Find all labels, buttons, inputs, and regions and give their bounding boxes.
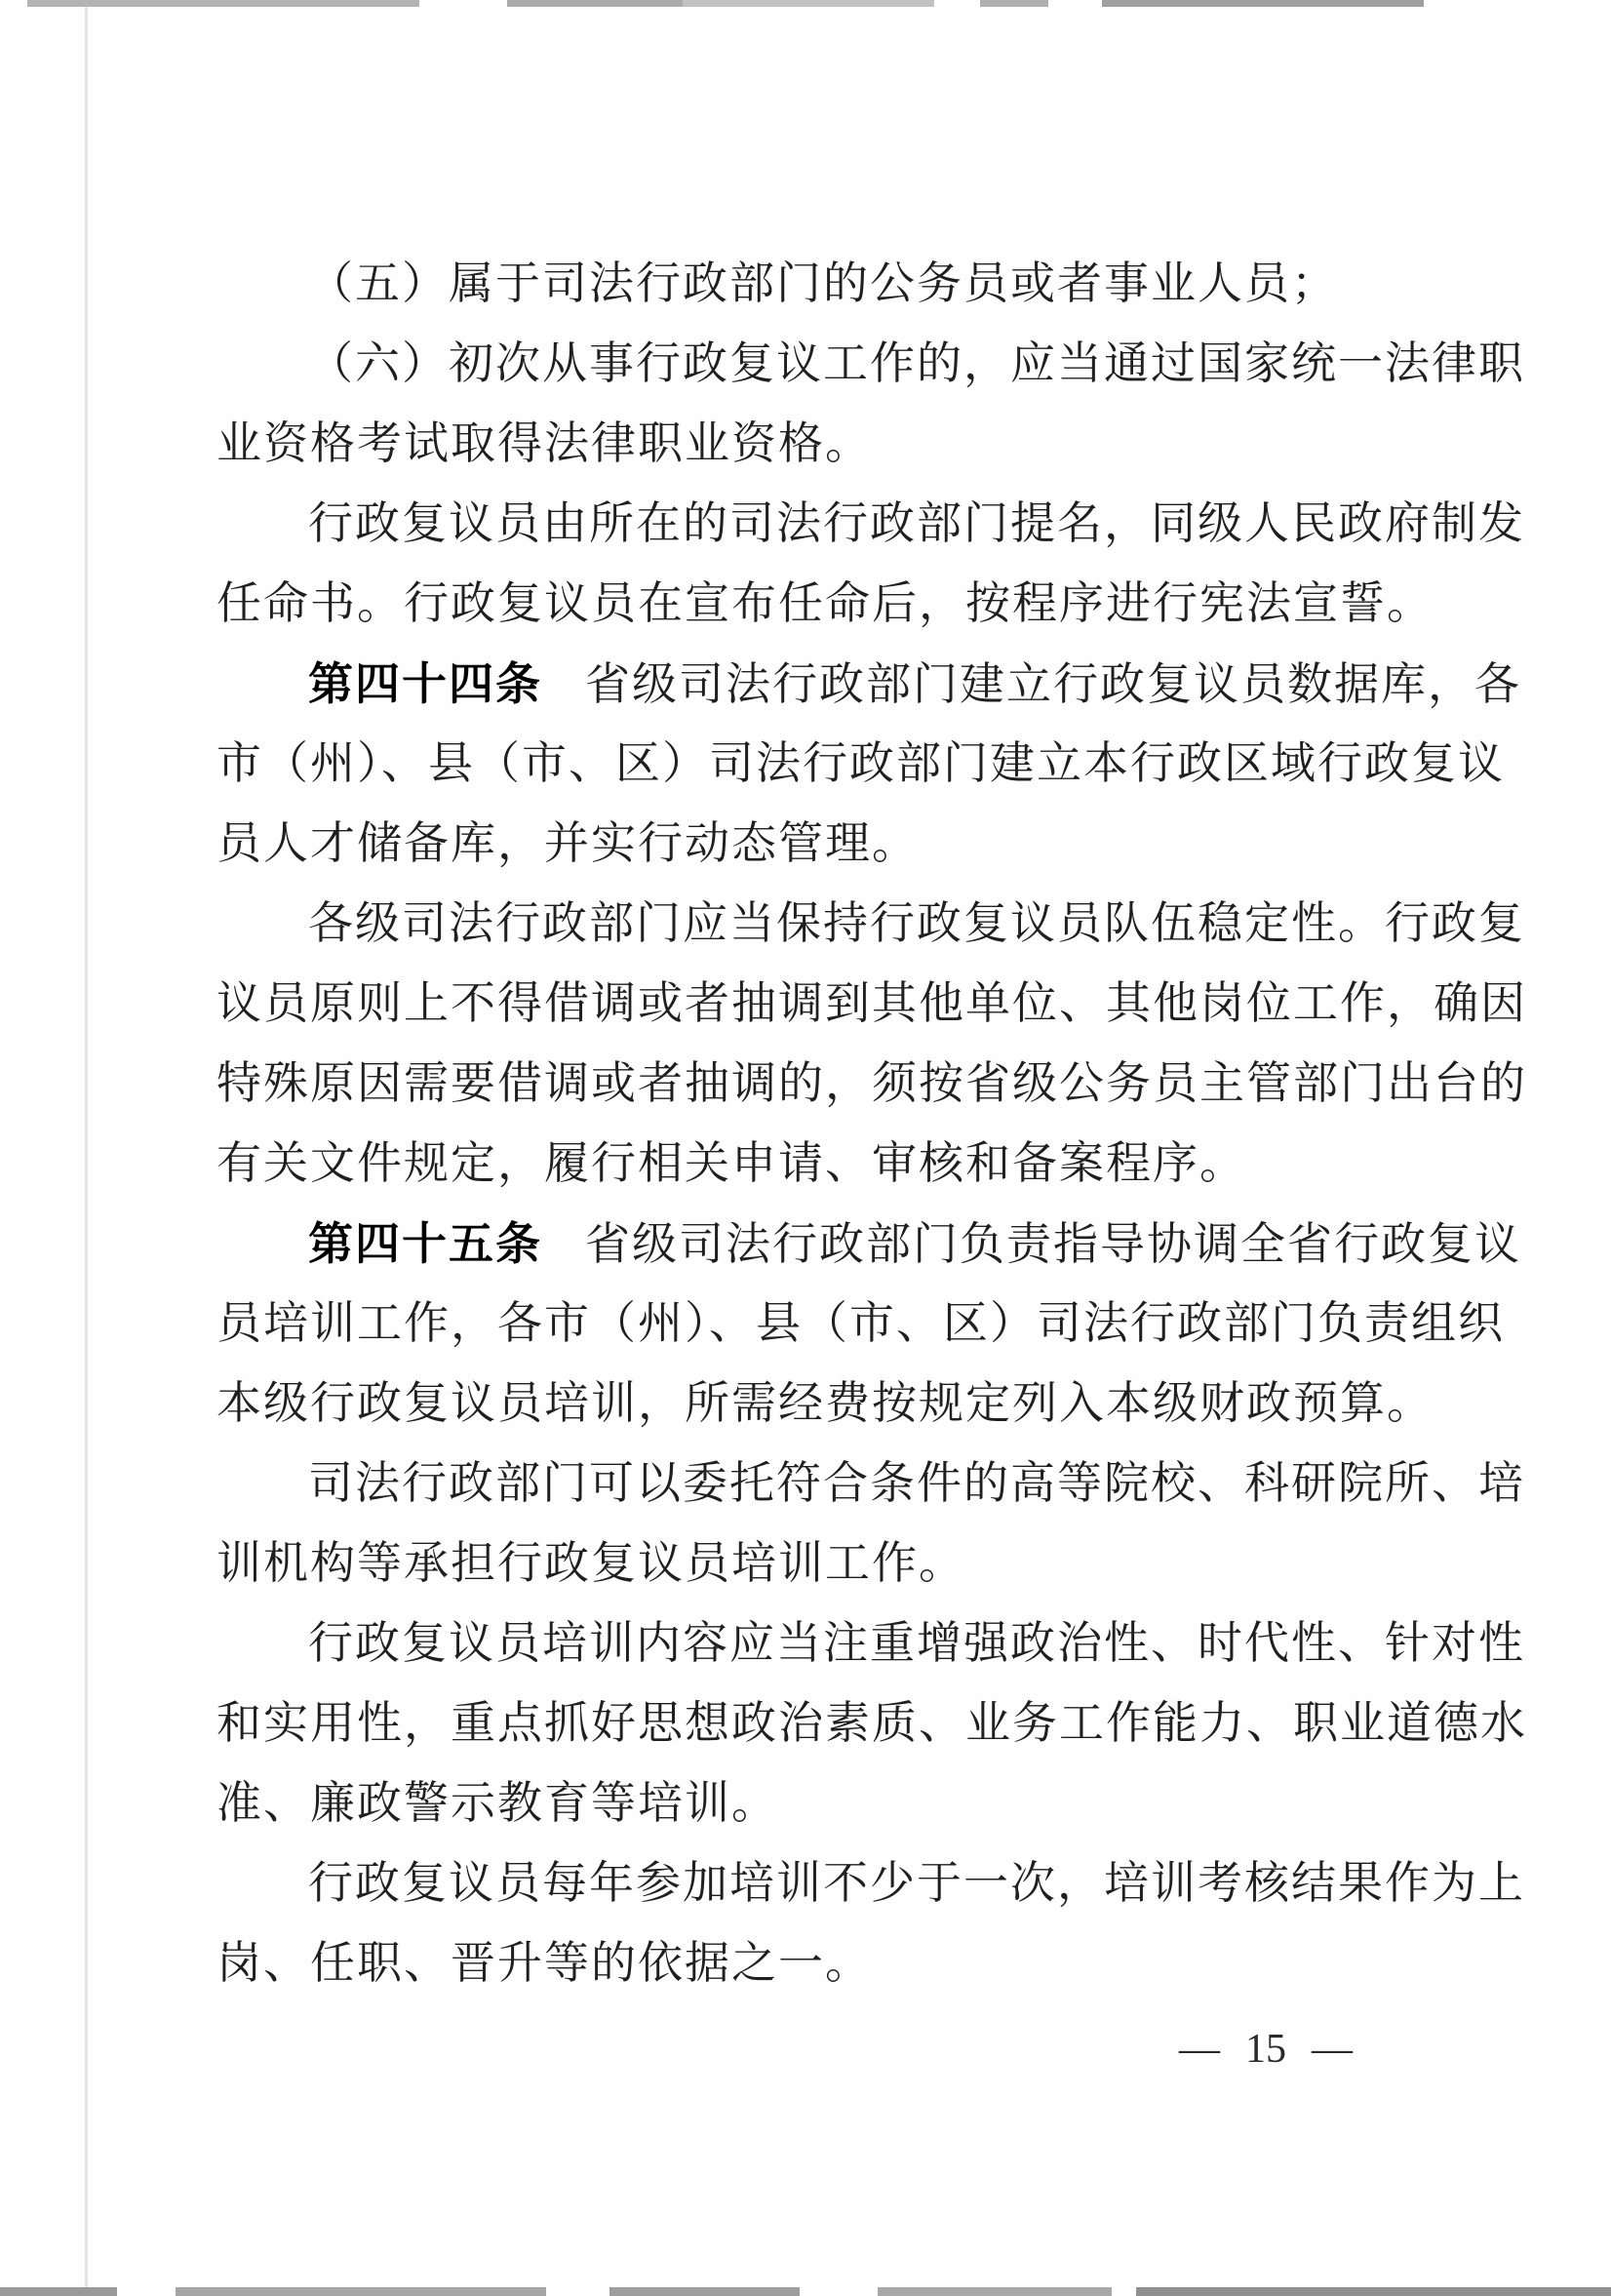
article-44-body: 省级司法行政部门建立行政复议员数据库，各 bbox=[585, 659, 1521, 709]
text-line: 准、廉政警示教育等培训。 bbox=[216, 1763, 1474, 1843]
article-45-heading: 第四十五条 bbox=[308, 1218, 542, 1269]
text-line: 第四十四条省级司法行政部门建立行政复议员数据库，各 bbox=[216, 644, 1474, 724]
text-line: （六）初次从事行政复议工作的，应当通过国家统一法律职 bbox=[216, 324, 1474, 404]
document-text-block: （五）属于司法行政部门的公务员或者事业人员； （六）初次从事行政复议工作的，应当… bbox=[216, 244, 1474, 2003]
scan-fold-line bbox=[85, 0, 88, 2296]
text-line: 第四十五条省级司法行政部门负责指导协调全省行政复议 bbox=[216, 1204, 1474, 1284]
text-line: 行政复议员每年参加培训不少于一次，培训考核结果作为上 bbox=[216, 1843, 1474, 1923]
text-line: 有关文件规定，履行相关申请、审核和备案程序。 bbox=[216, 1124, 1474, 1204]
page-number-value: 15 bbox=[1224, 2027, 1308, 2072]
scanned-document-page: （五）属于司法行政部门的公务员或者事业人员； （六）初次从事行政复议工作的，应当… bbox=[0, 0, 1611, 2296]
scan-artifact-bottom-edge bbox=[0, 2287, 1611, 2296]
page-number: —15— bbox=[1175, 2021, 1356, 2078]
text-line: 行政复议员培训内容应当注重增强政治性、时代性、针对性 bbox=[216, 1603, 1474, 1683]
text-line: 各级司法行政部门应当保持行政复议员队伍稳定性。行政复 bbox=[216, 884, 1474, 964]
text-line: 议员原则上不得借调或者抽调到其他单位、其他岗位工作，确因 bbox=[216, 964, 1474, 1044]
text-line: 业资格考试取得法律职业资格。 bbox=[216, 404, 1474, 484]
text-line: 员人才储备库，并实行动态管理。 bbox=[216, 804, 1474, 884]
text-line: 和实用性，重点抓好思想政治素质、业务工作能力、职业道德水 bbox=[216, 1683, 1474, 1763]
text-line: 本级行政复议员培训，所需经费按规定列入本级财政预算。 bbox=[216, 1364, 1474, 1444]
page-number-right-dash: — bbox=[1308, 2027, 1356, 2072]
scan-artifact-top-edge bbox=[0, 0, 1611, 7]
page-number-left-dash: — bbox=[1175, 2027, 1224, 2072]
text-line: （五）属于司法行政部门的公务员或者事业人员； bbox=[216, 244, 1474, 324]
article-44-heading: 第四十四条 bbox=[308, 658, 542, 709]
text-line: 员培训工作，各市（州）、县（市、区）司法行政部门负责组织 bbox=[216, 1284, 1474, 1364]
text-line: 训机构等承担行政复议员培训工作。 bbox=[216, 1524, 1474, 1603]
text-line: 市（州）、县（市、区）司法行政部门建立本行政区域行政复议 bbox=[216, 724, 1474, 804]
text-line: 行政复议员由所在的司法行政部门提名，同级人民政府制发 bbox=[216, 484, 1474, 564]
article-45-body: 省级司法行政部门负责指导协调全省行政复议 bbox=[585, 1219, 1521, 1269]
text-line: 岗、任职、晋升等的依据之一。 bbox=[216, 1923, 1474, 2003]
text-line: 司法行政部门可以委托符合条件的高等院校、科研院所、培 bbox=[216, 1444, 1474, 1524]
text-line: 特殊原因需要借调或者抽调的，须按省级公务员主管部门出台的 bbox=[216, 1044, 1474, 1124]
text-line: 任命书。行政复议员在宣布任命后，按程序进行宪法宣誓。 bbox=[216, 564, 1474, 644]
